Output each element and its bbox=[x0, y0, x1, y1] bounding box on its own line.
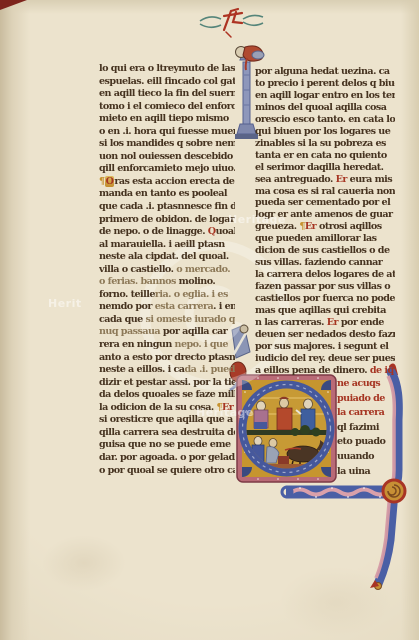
text-line: cada que si omeste iurado q bbox=[99, 314, 235, 327]
text-line: ¶Oras esta accion erecta de bbox=[99, 176, 235, 189]
text-line: tanta er en cata no quiento bbox=[255, 150, 395, 162]
text-line: el serimor daqilla heredat. bbox=[255, 162, 395, 174]
text-line: lo qui era o ltreymuto de las bbox=[99, 63, 235, 76]
text-line: logr er ante amenos de guar bbox=[255, 209, 395, 221]
text-line: espuelas. eill fincado col gato bbox=[99, 76, 235, 89]
text-line: nuq passaua por aqilla car bbox=[99, 326, 235, 339]
text-line: que cada .i. ptasnnesce fin de bbox=[99, 201, 235, 214]
text-line: anto a esto por drecto ptasn bbox=[99, 352, 235, 365]
text-line: uon nol ouiessen descebido da bbox=[99, 151, 235, 164]
historiated-initial-miniature bbox=[237, 375, 336, 482]
text-line: ql fazimi bbox=[337, 421, 389, 436]
text-line: to precio i perent delos q biue bbox=[255, 78, 395, 90]
text-line: guisa que no se puede eme bbox=[99, 439, 235, 452]
text-line: deuen ser nedados desto fazr bbox=[255, 329, 395, 341]
text-line: uuando bbox=[337, 450, 389, 465]
text-line: qui biuen por los logares ue bbox=[255, 126, 395, 138]
border-spiral-knot bbox=[383, 480, 405, 502]
text-line: puiado de bbox=[337, 392, 389, 407]
text-line: por sus majores. i segunt el bbox=[255, 341, 395, 353]
text-line: eto puado bbox=[337, 435, 389, 450]
text-line: en aqill logar entro en los ter bbox=[255, 90, 395, 102]
text-line: mas que aqillas qui crebita bbox=[255, 305, 395, 317]
text-line: qilla carrera sea destruita de bbox=[99, 427, 235, 440]
text-line: forno. teilleria. o eglia. i es bbox=[99, 289, 235, 302]
text-line: nemdo por esta carrera. i en bbox=[99, 301, 235, 314]
text-line: sea antreguado. Er eura mis bbox=[255, 174, 395, 186]
text-line: por alguna hedat uezina. ca bbox=[255, 66, 395, 78]
text-line: qill enforcamieto mejo uiuo. bbox=[99, 163, 235, 176]
text-line: zinables si la su pobreza es bbox=[255, 138, 395, 150]
text-line: castiellos por fuerca no pode bbox=[255, 293, 395, 305]
text-line: si los mandides q sobre nemie bbox=[99, 138, 235, 151]
text-line: iudicio del rey. deue ser puesta bbox=[255, 353, 395, 365]
text-line: n las carreras. Er por ende bbox=[255, 317, 395, 329]
text-line: minos del quoal aqilla cosa bbox=[255, 102, 395, 114]
text-line: la odicion de la su cosa. ¶Er bbox=[99, 402, 235, 415]
text-line: greueza. ¶Er otrosi aqillos bbox=[255, 221, 395, 233]
text-line: la carrera delos logares de ate. bbox=[255, 269, 395, 281]
text-line: dicion de sus castiellos o de bbox=[255, 245, 395, 257]
text-line: dizir et pestar assi. por la tiem bbox=[99, 377, 235, 390]
text-line: neste a eillos. i cada .i. puede bbox=[99, 364, 235, 377]
left-text-column: lo qui era o ltreymuto de lasespuelas. e… bbox=[99, 63, 235, 483]
text-line: o en .i. hora qui fuesse muerto. bbox=[99, 126, 235, 139]
text-line: ne acuqs bbox=[337, 377, 389, 392]
text-line: de nepo. o de linagge. Quoal bbox=[99, 226, 235, 239]
text-line: que pueden amillorar las bbox=[255, 233, 395, 245]
text-line: pueda ser cementado por el bbox=[255, 197, 395, 209]
text-line: o ferias. bannos molino. bbox=[99, 276, 235, 289]
text-line: fazen passar por sus villas o bbox=[255, 281, 395, 293]
text-line: primero de obidon. de logar bbox=[99, 214, 235, 227]
text-line: si oresticre que aqilla que a bbox=[99, 414, 235, 427]
text-line: al marauiella. i aeill ptasn bbox=[99, 239, 235, 252]
text-line: ma cosa es si ral caueria non bbox=[255, 186, 395, 198]
text-line: orescio esco tanto. en cata los bbox=[255, 114, 395, 126]
text-line: neste ala cipdat. del quoal. bbox=[99, 251, 235, 264]
text-line: manda en tanto es pooleal bbox=[99, 188, 235, 201]
text-line: rera en ningun nepo. i que bbox=[99, 339, 235, 352]
quire-mark-ornament bbox=[200, 9, 263, 37]
text-line: la carrera bbox=[337, 406, 389, 421]
text-line: mieto en aqill tiepo mismo bbox=[99, 113, 235, 126]
right-text-column: por alguna hedat uezina. cato precio i p… bbox=[255, 66, 395, 378]
text-line: en aqill tieco la fin del suerno bbox=[99, 88, 235, 101]
text-line: da delos quoales se faze mille bbox=[99, 389, 235, 402]
text-line: sus villas. faziendo cannar bbox=[255, 257, 395, 269]
text-line: a eillos pena de dinero. de iq bbox=[255, 365, 395, 377]
text-line: la uina bbox=[337, 465, 389, 480]
text-line: villa o castiello. o mercado. bbox=[99, 264, 235, 277]
text-line: tomo i el comieco del enforca bbox=[99, 101, 235, 114]
rubric-beside-miniature: ne acuqspuiado dela carreraql fazimieto … bbox=[337, 377, 389, 483]
text-line: dar. por agoada. o por gelada. bbox=[99, 452, 235, 465]
text-line: o por quoal se quiere otro caso. bbox=[99, 465, 235, 478]
